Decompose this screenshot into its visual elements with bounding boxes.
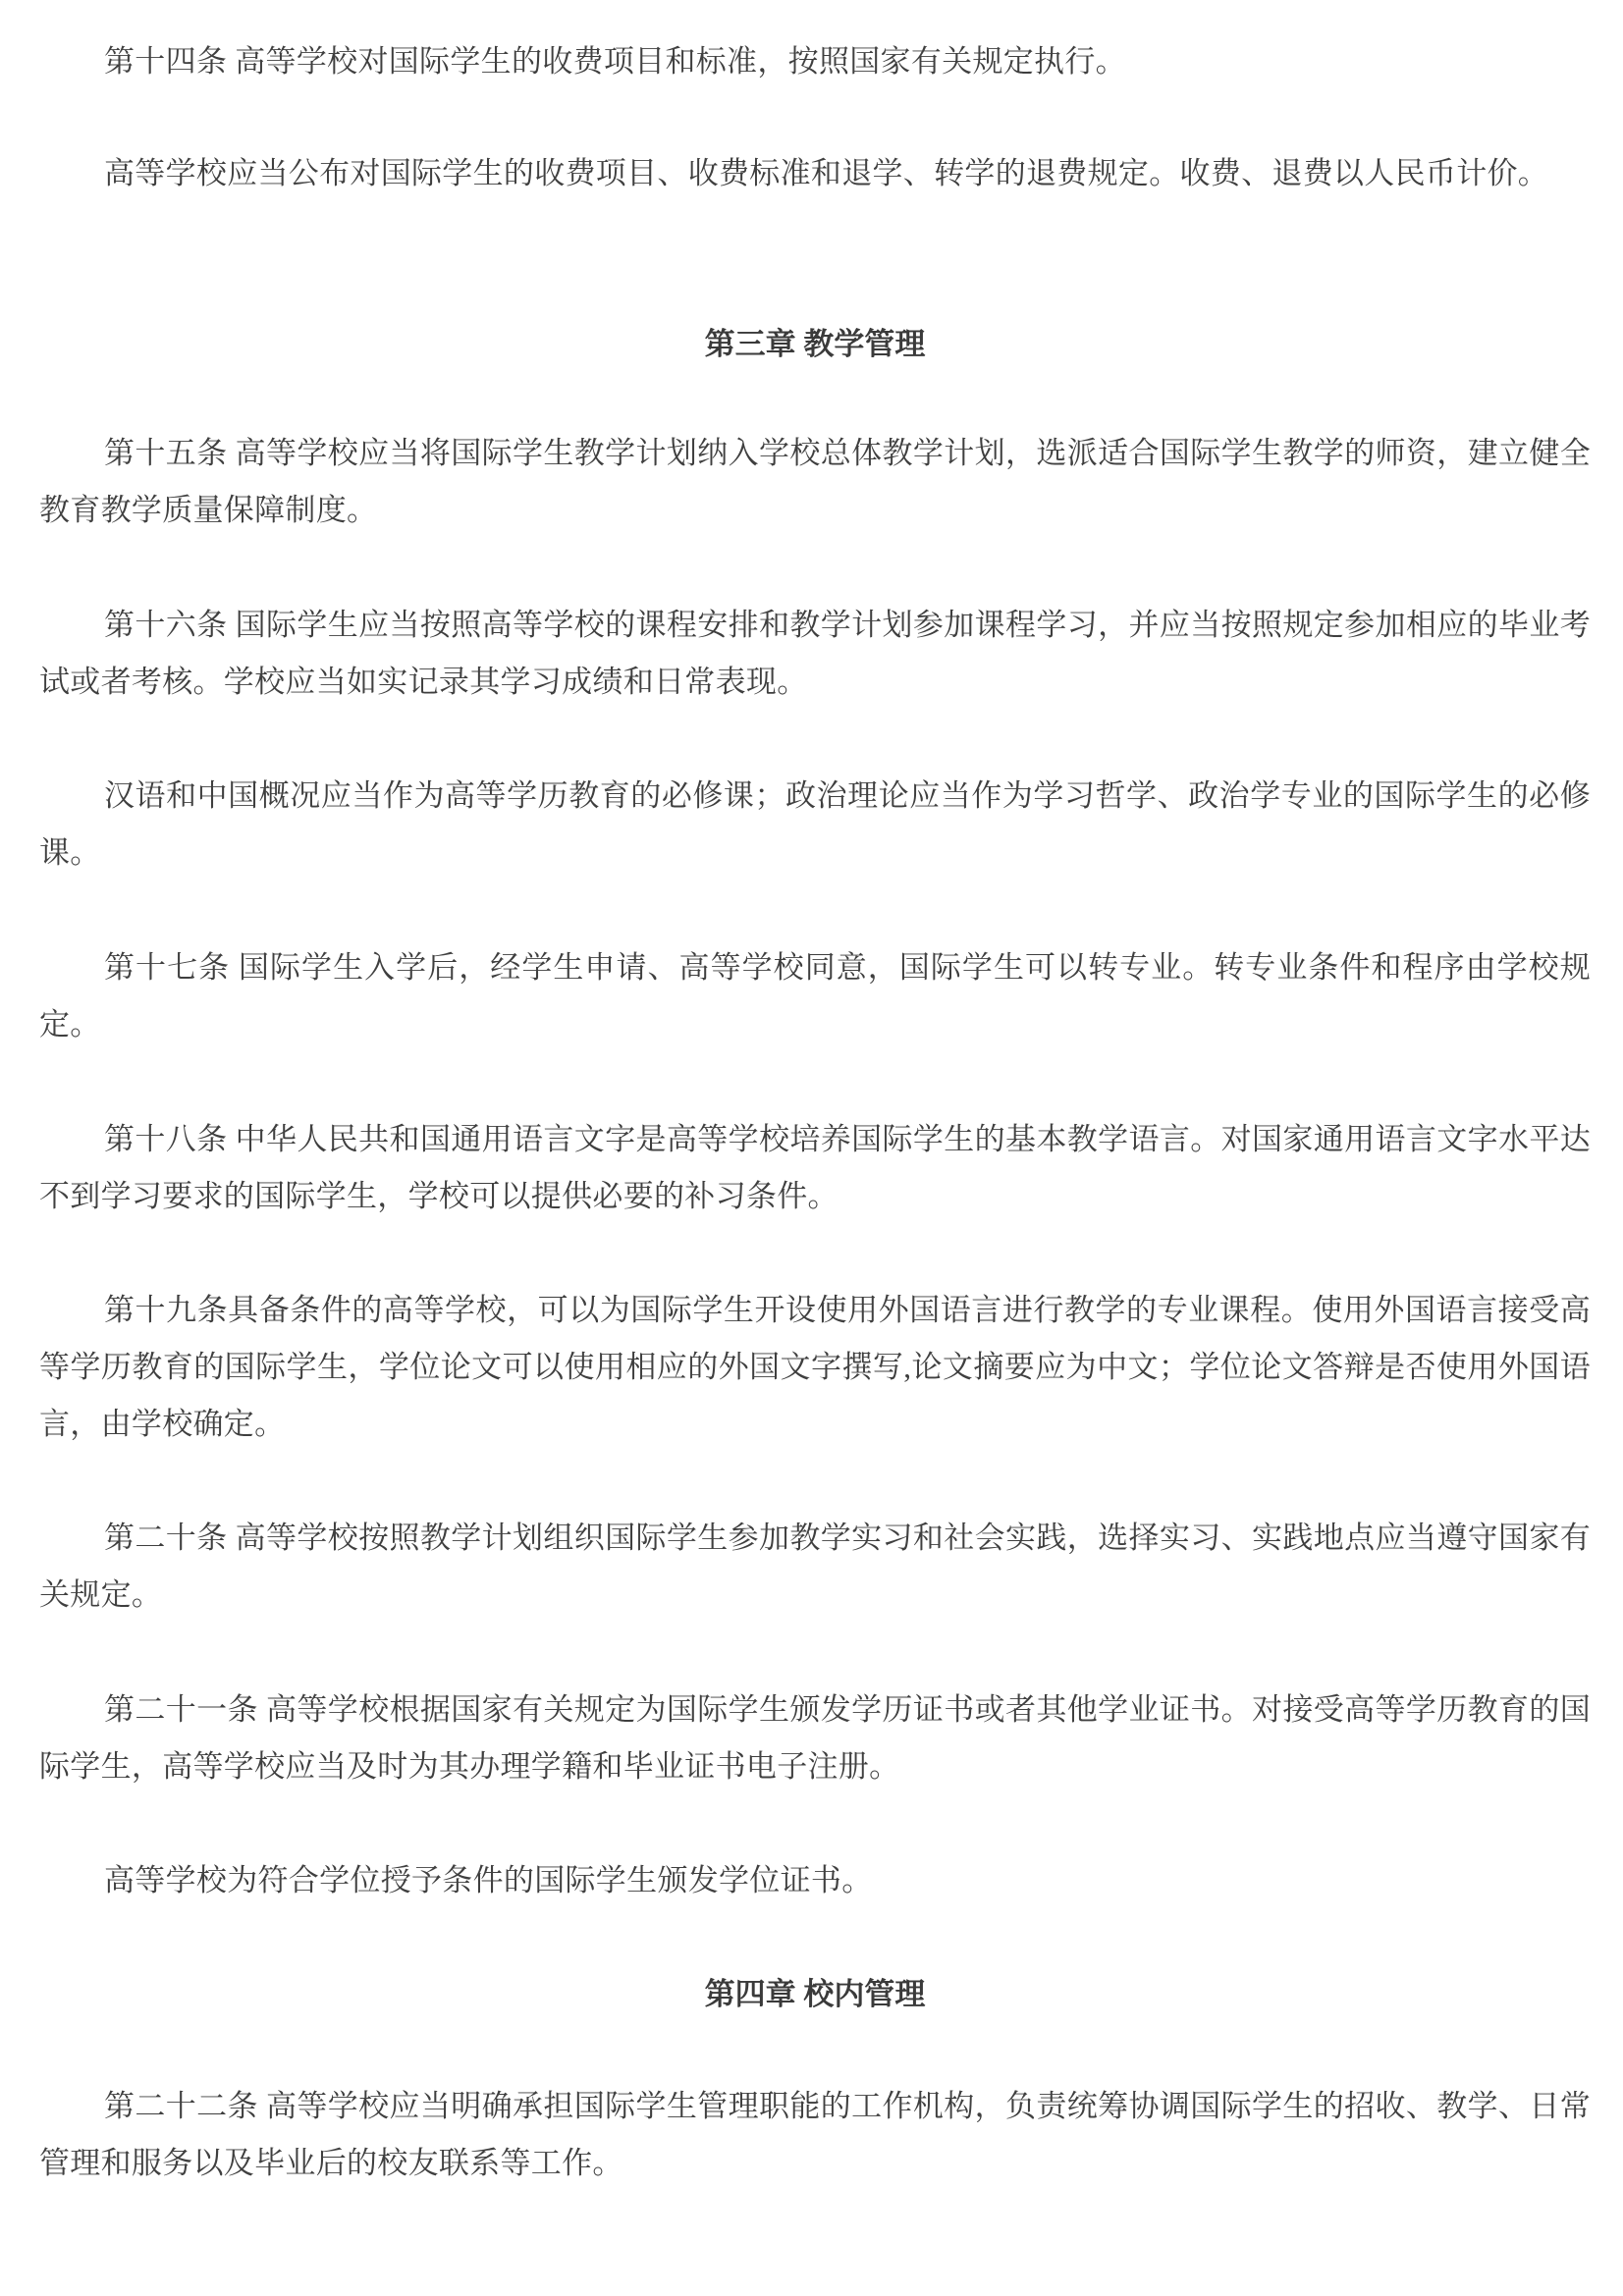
article-16-paragraph-2: 汉语和中国概况应当作为高等学历教育的必修课；政治理论应当作为学习哲学、政治学专业… [39,768,1591,881]
article-16: 第十六条 国际学生应当按照高等学校的课程安排和教学计划参加课程学习，并应当按照规… [39,597,1591,711]
article-20: 第二十条 高等学校按照教学计划组织国际学生参加教学实习和社会实践，选择实习、实践… [39,1510,1591,1624]
article-14: 第十四条 高等学校对国际学生的收费项目和标准，按照国家有关规定执行。 [39,33,1591,90]
article-17: 第十七条 国际学生入学后，经学生申请、高等学校同意，国际学生可以转专业。转专业条… [39,939,1591,1053]
article-21-paragraph-2: 高等学校为符合学位授予条件的国际学生颁发学位证书。 [39,1852,1591,1909]
chapter-3-heading: 第三章 教学管理 [39,316,1591,373]
article-18: 第十八条 中华人民共和国通用语言文字是高等学校培养国际学生的基本教学语言。对国家… [39,1111,1591,1225]
article-14-paragraph-2: 高等学校应当公布对国际学生的收费项目、收费标准和退学、转学的退费规定。收费、退费… [39,145,1591,202]
article-15: 第十五条 高等学校应当将国际学生教学计划纳入学校总体教学计划，选派适合国际学生教… [39,425,1591,539]
article-21: 第二十一条 高等学校根据国家有关规定为国际学生颁发学历证书或者其他学业证书。对接… [39,1682,1591,1795]
article-19: 第十九条具备条件的高等学校，可以为国际学生开设使用外国语言进行教学的专业课程。使… [39,1282,1591,1453]
chapter-4-heading: 第四章 校内管理 [39,1966,1591,2023]
article-22: 第二十二条 高等学校应当明确承担国际学生管理职能的工作机构，负责统筹协调国际学生… [39,2078,1591,2192]
